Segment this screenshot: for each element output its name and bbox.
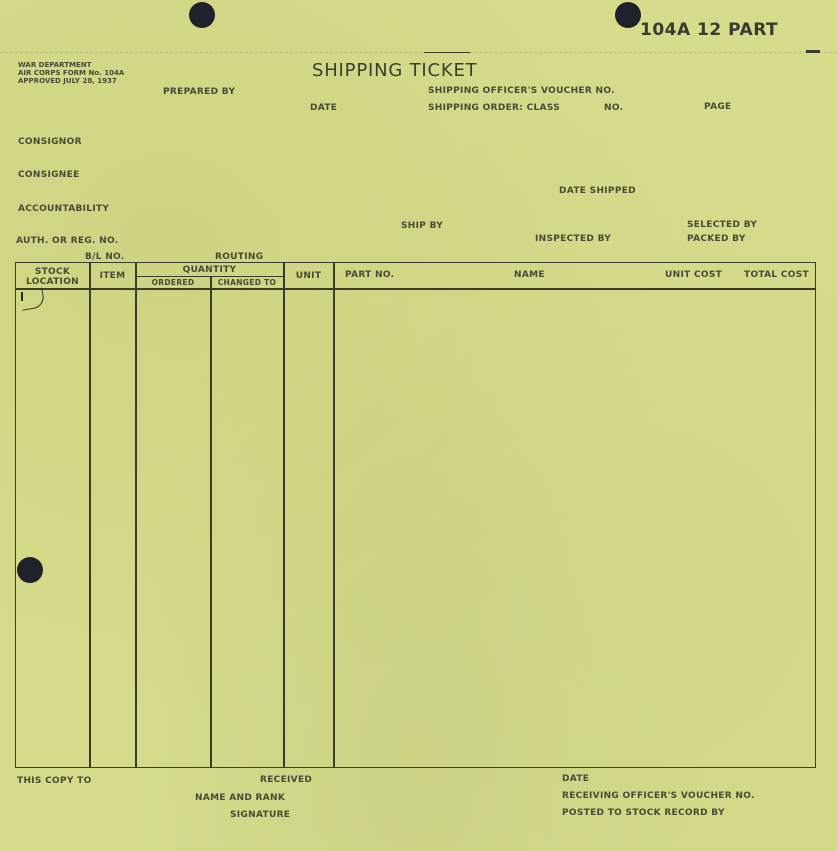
consignor-field[interactable]: CONSIGNOR: [18, 137, 82, 147]
col-header-item: ITEM: [90, 271, 135, 281]
ship-by-field[interactable]: SHIP BY: [401, 221, 443, 231]
part-label: 104A 12 PART: [640, 20, 778, 40]
punch-hole-top-left: [189, 2, 215, 28]
bl-no-field[interactable]: B/L NO.: [85, 252, 125, 262]
col-header-name: NAME: [514, 270, 545, 280]
title-overline: [424, 52, 470, 53]
prepared-by-field[interactable]: PREPARED BY: [163, 87, 235, 97]
inspected-by-field[interactable]: INSPECTED BY: [535, 234, 611, 244]
col-header-total-cost: TOTAL COST: [744, 270, 809, 280]
posted-to-stock-record-field[interactable]: POSTED TO STOCK RECORD BY: [562, 808, 725, 818]
form-title: SHIPPING TICKET: [312, 60, 477, 81]
date-field[interactable]: DATE: [310, 103, 337, 113]
auth-reg-no-field[interactable]: AUTH. OR REG. NO.: [16, 236, 118, 246]
form-number-line: AIR CORPS FORM No. 104A: [18, 69, 124, 77]
col-header-unit: UNIT: [284, 271, 333, 281]
signature-field[interactable]: SIGNATURE: [230, 810, 290, 820]
location-label: LOCATION: [16, 277, 89, 287]
agency-line: WAR DEPARTMENT: [18, 61, 124, 69]
page-field[interactable]: PAGE: [704, 102, 731, 112]
routing-field[interactable]: ROUTING: [215, 252, 263, 262]
col-header-part-no: PART NO.: [345, 270, 394, 280]
shipping-voucher-field[interactable]: SHIPPING OFFICER'S VOUCHER NO.: [428, 86, 615, 96]
approval-line: APPROVED JULY 28, 1937: [18, 77, 124, 85]
consignee-field[interactable]: CONSIGNEE: [18, 170, 80, 180]
margin-mark: [806, 50, 820, 53]
fold-line: [0, 52, 837, 53]
received-field[interactable]: RECEIVED: [260, 775, 312, 785]
shipping-order-class-field[interactable]: SHIPPING ORDER: CLASS: [428, 103, 560, 113]
footer-date-field[interactable]: DATE: [562, 774, 589, 784]
selected-by-field[interactable]: SELECTED BY: [687, 220, 757, 230]
packed-by-field[interactable]: PACKED BY: [687, 234, 746, 244]
receiving-voucher-field[interactable]: RECEIVING OFFICER'S VOUCHER NO.: [562, 791, 755, 801]
table-body-entry-area[interactable]: [17, 290, 814, 766]
order-number-field[interactable]: NO.: [604, 103, 623, 113]
this-copy-to-field[interactable]: THIS COPY TO: [17, 776, 92, 786]
date-shipped-field[interactable]: DATE SHIPPED: [559, 186, 636, 196]
accountability-field[interactable]: ACCOUNTABILITY: [18, 204, 109, 214]
stock-label: STOCK: [16, 267, 89, 277]
name-and-rank-field[interactable]: NAME AND RANK: [195, 793, 285, 803]
col-header-unit-cost: UNIT COST: [665, 270, 722, 280]
col-header-stock-location: STOCK LOCATION: [16, 267, 89, 287]
col-header-quantity: QUANTITY: [136, 265, 283, 275]
form-identifier: WAR DEPARTMENT AIR CORPS FORM No. 104A A…: [18, 61, 124, 85]
col-header-changed-to: CHANGED TO: [211, 278, 283, 288]
quantity-sub-rule: [135, 276, 283, 277]
col-header-ordered: ORDERED: [136, 278, 210, 288]
punch-hole-top-right: [615, 2, 641, 28]
